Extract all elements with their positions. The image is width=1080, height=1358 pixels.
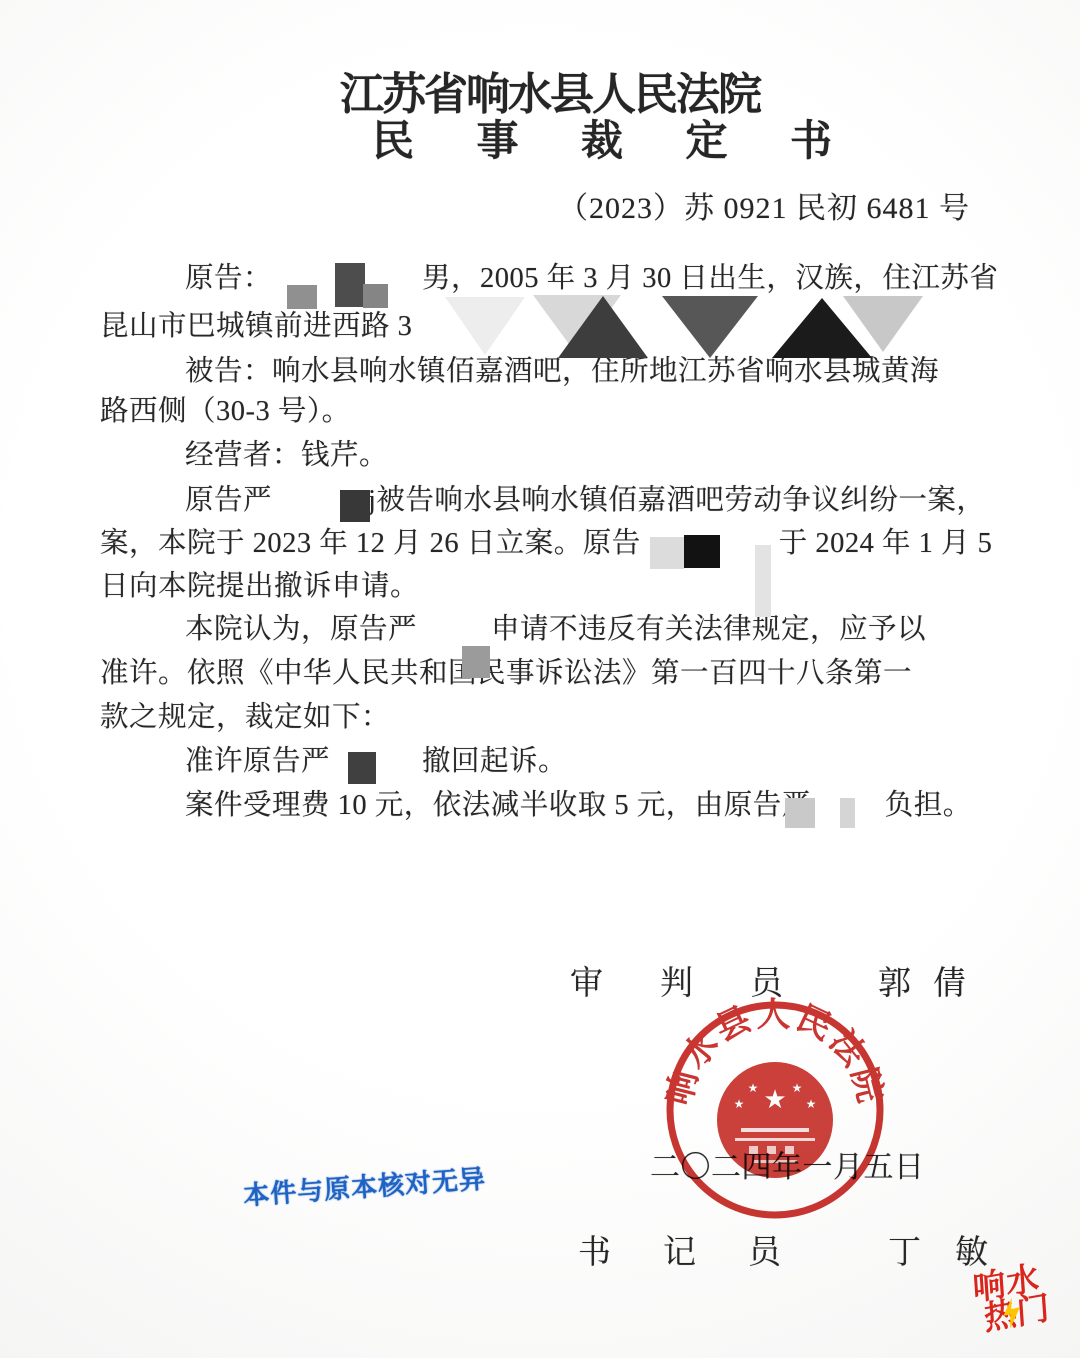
opinion-text: 申请不违反有关法律规定，应予以 (491, 614, 926, 645)
star-icon: ★ (792, 1081, 803, 1095)
redaction-block (363, 284, 388, 308)
redacted-gap (417, 637, 491, 638)
redaction-smudge (755, 545, 771, 617)
emblem-gate-line (741, 1128, 809, 1132)
case-text: 案，本院于 2023 年 12 月 26 日立案。原告 (100, 528, 641, 559)
emblem-gate-line (735, 1138, 815, 1141)
case-text: 原告严 (185, 485, 272, 516)
paragraph-operator: 经营者：钱芹。 (185, 442, 388, 471)
redaction-triangle (662, 296, 758, 358)
emblem-gate-window (767, 1146, 776, 1154)
paragraph-opinion-line1: 本院认为，原告严申请不违反有关法律规定，应予以 (185, 616, 926, 645)
paragraph-opinion-line2: 准许。依照《中华人民共和国民事诉讼法》第一百四十八条第一 (100, 660, 912, 689)
case-number: （2023）苏 0921 民初 6481 号 (558, 183, 970, 227)
paragraph-ruling: 准许原告严撤回起诉。 (185, 748, 567, 777)
case-text: j被告响水县响水镇佰嘉酒吧劳动争议纠纷一案， (368, 485, 985, 516)
verification-stamp: 本件与原本核对无异 (242, 1159, 487, 1213)
redaction-triangle (558, 296, 648, 358)
redaction-block (340, 490, 370, 522)
paragraph-defendant-line1: 被告：响水县响水镇佰嘉酒吧，住所地江苏省响水县城黄海 (185, 358, 939, 387)
redaction-block (840, 798, 855, 828)
paragraph-case-line2: 案，本院于 2023 年 12 月 26 日立案。原告于 2024 年 1 月 … (100, 530, 992, 559)
court-seal: 响水县人民法院 ★ ★ ★ ★ ★ (645, 980, 905, 1240)
case-text: 于 2024 年 1 月 5 (779, 528, 993, 559)
plaintiff-label: 原告： (185, 263, 272, 294)
opinion-text: 本院认为，原告严 (185, 614, 417, 645)
fee-text: 案件受理费 10 元，依法减半收取 5 元，由原告严 (185, 790, 811, 821)
fee-text: 负担。 (885, 790, 972, 821)
ruling-text: 撤回起诉。 (422, 746, 567, 777)
redaction-block (287, 285, 317, 309)
national-emblem-icon: ★ ★ ★ ★ ★ (717, 1062, 833, 1178)
redaction-block (335, 263, 365, 307)
emblem-gate-window (749, 1146, 758, 1154)
star-icon: ★ (806, 1097, 817, 1111)
paragraph-defendant-line2: 路西侧（30-3 号）。 (100, 398, 351, 427)
emblem-gate-window (785, 1146, 794, 1154)
redaction-triangle (445, 297, 525, 355)
redaction-block (684, 535, 720, 568)
redaction-block (785, 798, 815, 828)
document-type-title: 民 事 裁 定 书 (372, 108, 858, 168)
star-icon: ★ (748, 1081, 759, 1095)
redaction-block (348, 752, 376, 784)
civil-ruling-document: 江苏省响水县人民法院 民 事 裁 定 书 （2023）苏 0921 民初 648… (0, 0, 1080, 1358)
redacted-gap (330, 769, 422, 770)
plaintiff-info: 男，2005 年 3 月 30 日出生，汉族，住江苏省 (422, 263, 998, 294)
redaction-triangle (772, 298, 872, 358)
paragraph-opinion-line3: 款之规定，裁定如下： (100, 704, 390, 733)
paragraph-case-line1: 原告严j被告响水县响水镇佰嘉酒吧劳动争议纠纷一案， (185, 487, 985, 516)
redaction-block (650, 537, 684, 569)
paragraph-case-line3: 日向本院提出撤诉申请。 (100, 573, 419, 602)
star-icon: ★ (763, 1085, 786, 1115)
paragraph-plaintiff-line2: 昆山市巴城镇前进西路 3 (100, 313, 412, 342)
star-icon: ★ (734, 1097, 745, 1111)
ruling-text: 准许原告严 (185, 746, 330, 777)
redaction-block (462, 646, 490, 678)
emblem-base-line (753, 1160, 797, 1163)
